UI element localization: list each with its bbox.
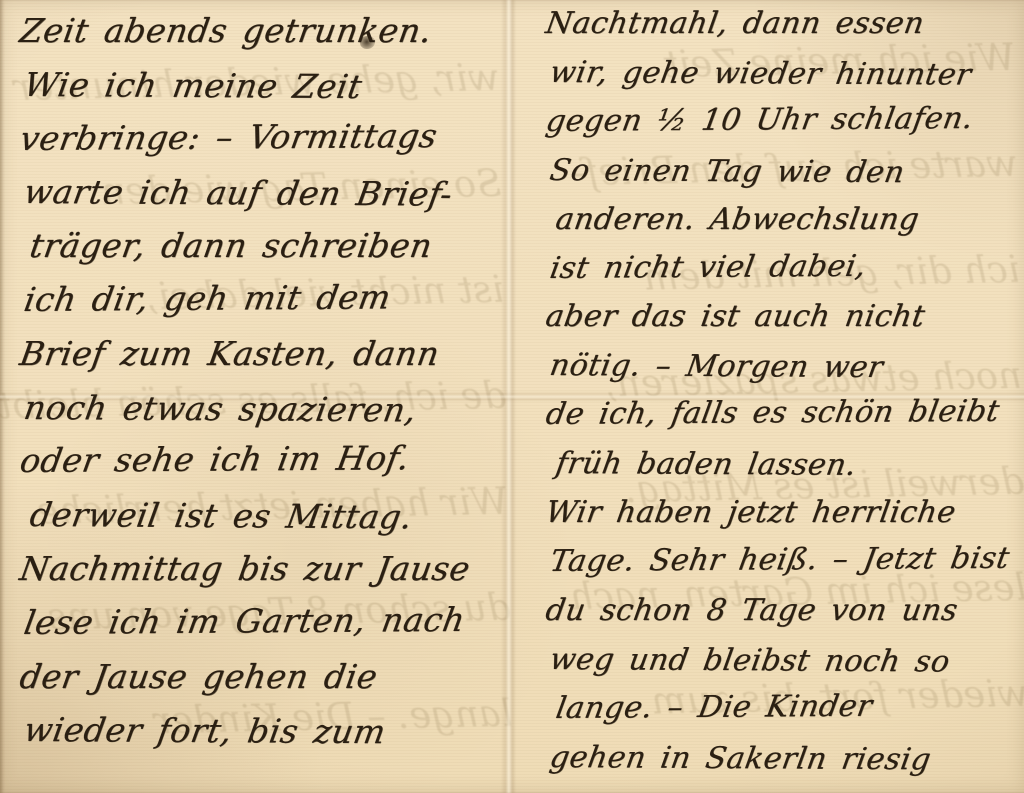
handwriting-line: früh baden lassen. (552, 440, 1012, 492)
handwriting-line: verbringe: – Vormittags (16, 108, 475, 165)
handwriting-line: de ich, falls es schön bleibt (542, 388, 1013, 440)
handwriting-line: weg und bleibst noch so (546, 636, 1012, 688)
handwriting-line: Wie ich meine Zeit (20, 58, 474, 115)
handwriting-line: nötig. – Morgen wer (546, 342, 1012, 394)
letter-page-left: Zeit abends getrunken. Wie ich meine Zei… (16, 4, 466, 757)
handwriting-line: Brief zum Kasten, dann (16, 327, 474, 381)
handwriting-line: Tage. Sehr heiß. – Jetzt bist (546, 535, 1013, 587)
handwriting-line: du schon 8 Tage von uns (542, 587, 1012, 636)
handwriting-line: Wir haben jetzt herrliche (542, 489, 1012, 538)
handwriting-line: der Jause gehen die (16, 650, 474, 704)
handwriting-line: derweil ist es Mittag. (26, 488, 474, 544)
handwriting-line: anderen. Abwechslung (552, 196, 1012, 245)
handwriting-line: So einen Tag wie den (546, 147, 1012, 199)
handwriting-line: gehen in Sakerln riesig (546, 734, 1012, 786)
handwriting-line: Nachmittag bis zur Jause (16, 542, 474, 596)
handwriting-line: ich dir, geh mit dem (20, 270, 475, 327)
handwriting-line: lese ich im Garten, nach (20, 593, 475, 650)
letter-page-right: Nachtmahl, dann essen wir, gehe wieder h… (542, 0, 1004, 783)
handwriting-line: Nachtmahl, dann essen (542, 0, 1012, 49)
handwriting-line: wieder fort, bis zum (20, 703, 474, 760)
handwriting-line: wir, gehe wieder hinunter (546, 49, 1012, 101)
handwriting-line: aber das ist auch nicht (542, 293, 1012, 342)
handwriting-line: Zeit abends getrunken. (16, 4, 474, 58)
handwriting-line: gegen ½ 10 Uhr schlafen. (542, 95, 1013, 147)
letter-scan: wir, gehe wieder hinunter So einen Tag w… (0, 0, 1024, 793)
handwriting-line: ist nicht viel dabei, (546, 241, 1013, 293)
handwriting-line: lange. – Die Kinder (552, 682, 1013, 734)
handwriting-line: warte ich auf den Brief- (20, 165, 474, 222)
handwriting-line: oder sehe ich im Hof. (16, 431, 475, 488)
handwriting-line: träger, dann schreiben (26, 219, 474, 273)
handwriting-line: noch etwas spazieren, (20, 381, 474, 438)
